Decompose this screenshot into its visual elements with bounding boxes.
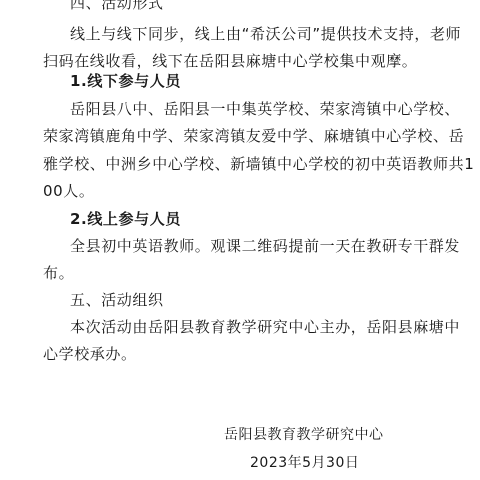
offline-participants-line: 岳阳县八中、岳阳县一中集英学校、荣家湾镇中心学校、 (70, 100, 470, 118)
online-participants-line: 全县初中英语教师。观课二维码提前一天在教研专干群发 (70, 237, 470, 255)
online-participants-heading: 2.线上参与人员 (70, 210, 470, 228)
signature-organization: 岳阳县教育教学研究中心 (224, 426, 384, 444)
section-4-paragraph-line: 线上与线下同步，线上由“希沃公司”提供技术支持，老师 (70, 25, 470, 43)
section-5-heading: 五、活动组织 (70, 291, 470, 309)
section-5-line: 本次活动由岳阳县教育教学研究中心主办，岳阳县麻塘中 (70, 318, 470, 336)
section-4-heading: 四、活动形式 (70, 0, 470, 12)
online-participants-line: 布。 (43, 264, 443, 282)
offline-participants-heading: 1.线下参与人员 (70, 72, 470, 90)
offline-participants-line: 00人。 (43, 182, 443, 200)
offline-participants-line: 雅学校、中洲乡中心学校、新墙镇中心学校的初中英语教师共1 (43, 155, 443, 173)
section-5-line: 心学校承办。 (43, 345, 443, 363)
signature-date: 2023年5月30日 (250, 454, 359, 472)
document-page: 四、活动形式 线上与线下同步，线上由“希沃公司”提供技术支持，老师 扫码在线收看… (0, 0, 480, 480)
offline-participants-line: 荣家湾镇鹿角中学、荣家湾镇友爱中学、麻塘镇中心学校、岳 (43, 127, 443, 145)
section-4-paragraph-line: 扫码在线收看，线下在岳阳县麻塘中心学校集中观摩。 (43, 52, 443, 70)
